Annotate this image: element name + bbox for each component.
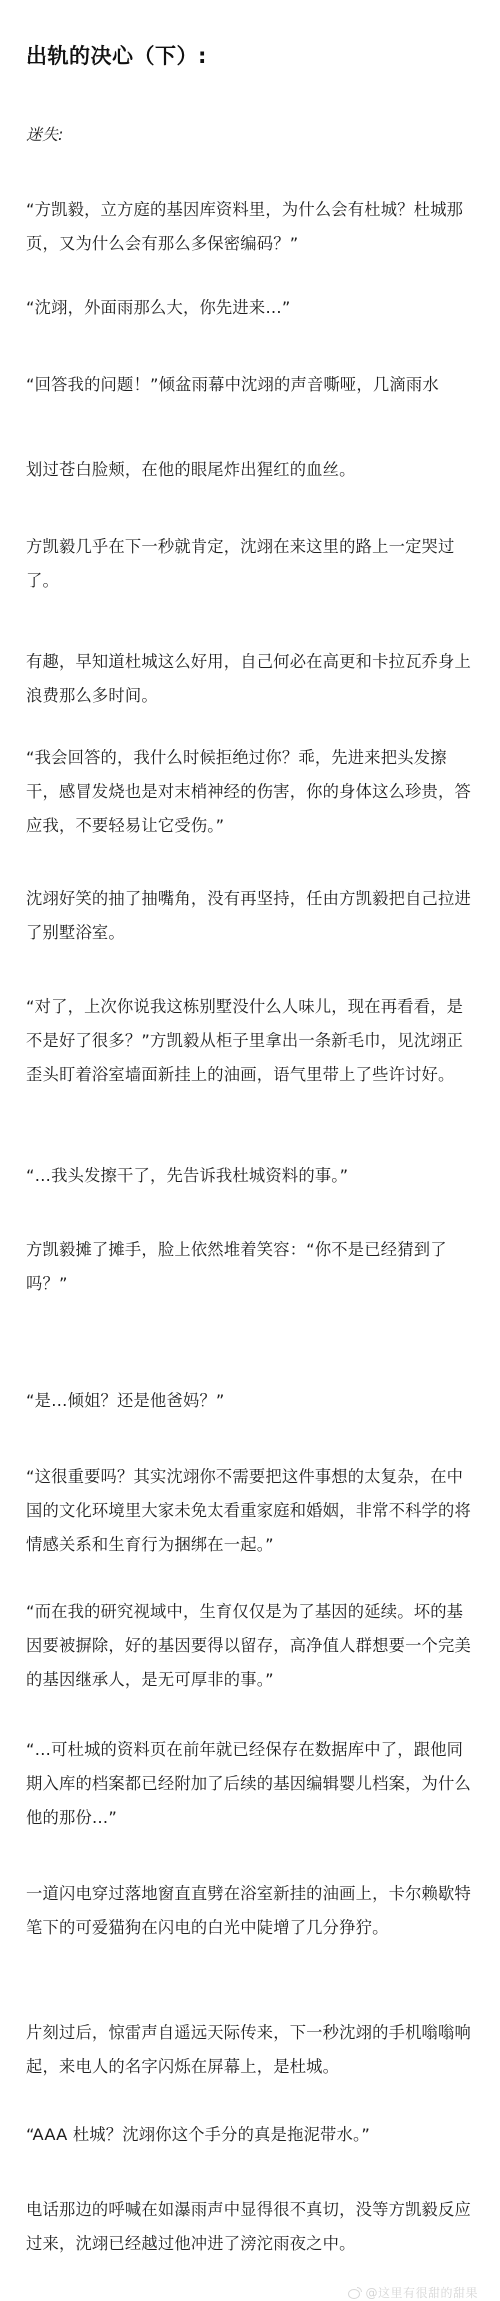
paragraph: 沈翊好笑的抽了抽嘴角，没有再坚持，任由方凯毅把自己拉进了别墅浴室。 [26, 882, 476, 950]
watermark-text: @这里有很甜的甜果 [365, 2284, 478, 2301]
paragraph: “这很重要吗？其实沈翊你不需要把这件事想的太复杂，在中国的文化环境里大家未免太看… [26, 1460, 476, 1562]
paragraph: 方凯毅摊了摊手，脸上依然堆着笑容：“你不是已经猜到了吗？” [26, 1233, 476, 1301]
article-title: 出轨的决心（下）: [26, 40, 207, 70]
paragraph: 一道闪电穿过落地窗直直劈在浴室新挂的油画上，卡尔赖歇特笔下的可爱猫狗在闪电的白光… [26, 1877, 476, 1945]
paragraph: “回答我的问题！”倾盆雨幕中沈翊的声音嘶哑，几滴雨水 [26, 368, 476, 402]
paragraph: “对了，上次你说我这栋别墅没什么人味儿，现在再看看，是不是好了很多？”方凯毅从柜… [26, 990, 476, 1092]
paragraph: “沈翊，外面雨那么大，你先进来…” [26, 291, 476, 325]
paragraph: “…我头发擦干了，先告诉我杜城资料的事。” [26, 1159, 476, 1193]
watermark: @这里有很甜的甜果 [348, 2284, 478, 2301]
paragraph: “而在我的研究视域中，生育仅仅是为了基因的延续。坏的基因要被摒除，好的基因要得以… [26, 1595, 476, 1697]
paragraph: “我会回答的，我什么时候拒绝过你？乖，先进来把头发擦干，感冒发烧也是对末梢神经的… [26, 741, 476, 843]
article-page: 出轨的决心（下）: 迷失: “方凯毅，立方庭的基因库资料里，为什么会有杜城？杜城… [0, 0, 500, 2301]
weibo-icon [348, 2287, 362, 2298]
paragraph: 方凯毅几乎在下一秒就肯定，沈翊在来这里的路上一定哭过了。 [26, 530, 476, 598]
paragraph: “…可杜城的资料页在前年就已经保存在数据库中了，跟他同期入库的档案都已经附加了后… [26, 1733, 476, 1835]
paragraph: 电话那边的呼喊在如瀑雨声中显得很不真切，没等方凯毅反应过来，沈翊已经越过他冲进了… [26, 2193, 476, 2261]
paragraph: “AAA 杜城？沈翊你这个手分的真是拖泥带水。” [26, 2118, 476, 2152]
paragraph: 划过苍白脸颊，在他的眼尾炸出猩红的血丝。 [26, 453, 476, 487]
paragraph: “是…倾姐？还是他爸妈？” [26, 1384, 476, 1418]
paragraph: 有趣，早知道杜城这么好用，自己何必在高更和卡拉瓦乔身上浪费那么多时间。 [26, 645, 476, 713]
article-subtitle: 迷失: [26, 122, 63, 145]
paragraph: “方凯毅，立方庭的基因库资料里，为什么会有杜城？杜城那页，又为什么会有那么多保密… [26, 193, 476, 261]
paragraph: 片刻过后，惊雷声自遥远天际传来，下一秒沈翊的手机嗡嗡响起，来电人的名字闪烁在屏幕… [26, 2016, 476, 2084]
